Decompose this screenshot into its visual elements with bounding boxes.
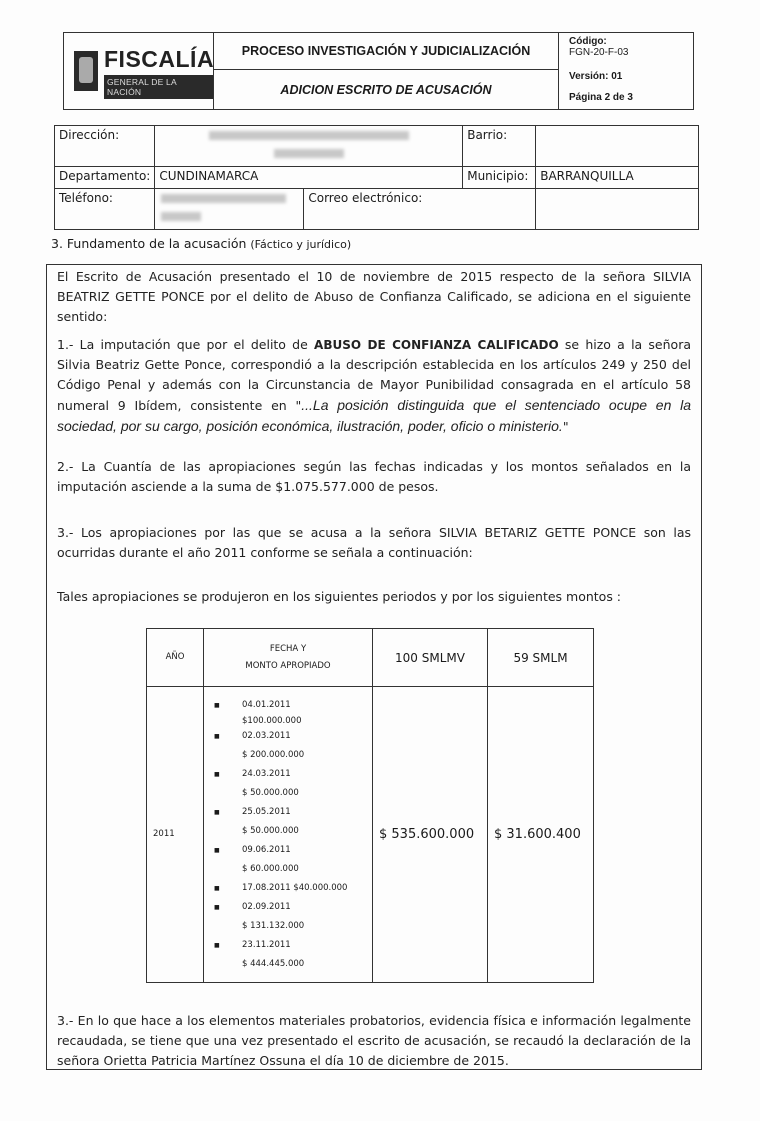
item-amount: $ 131.132.000: [242, 917, 372, 936]
telefono-label: Teléfono:: [55, 189, 155, 230]
page-number: Página 2 de 3: [569, 92, 633, 103]
direccion-label: Dirección:: [55, 126, 155, 167]
item-amount: $100.000.000: [242, 715, 372, 727]
process-title: PROCESO INVESTIGACIÓN Y JUDICIALIZACIÓN: [214, 33, 559, 70]
item-date: 24.03.2011: [242, 765, 372, 784]
paragraph-3: 3.- Los apropiaciones por las que se acu…: [57, 523, 691, 563]
logo-title: FISCALÍA: [104, 46, 214, 73]
item-date: 23.11.2011: [242, 936, 372, 955]
paragraph-2: 2.- La Cuantía de las apropiaciones segú…: [57, 457, 691, 497]
logo-subtitle: GENERAL DE LA NACIÓN: [104, 75, 213, 99]
item-amount: $ 50.000.000: [242, 784, 372, 803]
appropriation-item: 17.08.2011 $40.000.000: [214, 879, 372, 898]
document-header: FISCALÍA GENERAL DE LA NACIÓN PROCESO IN…: [63, 32, 694, 110]
item-date: 04.01.2011: [242, 696, 372, 715]
col-59-smlm: 59 SMLM: [488, 629, 594, 687]
appropriation-item: 24.03.2011$ 50.000.000: [214, 765, 372, 803]
year-cell: 2011: [147, 687, 204, 983]
value-59-smlm: $ 31.600.400: [488, 687, 594, 983]
item-amount: $ 60.000.000: [242, 860, 372, 879]
col-year: AÑO: [147, 629, 204, 687]
barrio-value: [536, 126, 699, 167]
item-date: 02.09.2011: [242, 898, 372, 917]
emblem-icon: [74, 51, 98, 91]
appropriation-item: 09.06.2011$ 60.000.000: [214, 841, 372, 879]
form-title: ADICION ESCRITO DE ACUSACIÓN: [214, 70, 559, 109]
col-date-amount: FECHA Y MONTO APROPIADO: [204, 629, 373, 687]
col-100-smlmv: 100 SMLMV: [373, 629, 488, 687]
direccion-value-redacted: [155, 126, 463, 167]
item-date: 02.03.2011: [242, 727, 372, 746]
item-amount: $ 50.000.000: [242, 822, 372, 841]
code-label: Código:: [569, 36, 607, 47]
fiscalia-logo: FISCALÍA GENERAL DE LA NACIÓN: [64, 33, 214, 109]
address-table: Dirección: Barrio: Departamento: CUNDINA…: [54, 125, 699, 230]
telefono-value-redacted: [155, 189, 304, 230]
item-date: 25.05.2011: [242, 803, 372, 822]
value-100-smlmv: $ 535.600.000: [373, 687, 488, 983]
paragraph-5: 3.- En lo que hace a los elementos mater…: [57, 1011, 691, 1071]
barrio-label: Barrio:: [463, 126, 536, 167]
date-amount-list: 04.01.2011$100.000.00002.03.2011$ 200.00…: [204, 687, 373, 983]
item-date: 09.06.2011: [242, 841, 372, 860]
correo-value: [536, 189, 699, 230]
code-value: FGN-20-F-03: [569, 47, 628, 58]
departamento-value: CUNDINAMARCA: [155, 167, 463, 189]
item-date: 17.08.2011 $40.000.000: [242, 879, 372, 898]
appropriation-item: 23.11.2011$ 444.445.000: [214, 936, 372, 974]
version: Versión: 01: [569, 71, 622, 82]
section-heading: 3. Fundamento de la acusación (Fáctico y…: [51, 236, 351, 251]
intro-paragraph: El Escrito de Acusación presentado el 10…: [57, 267, 691, 327]
municipio-label: Municipio:: [463, 167, 536, 189]
appropriations-table: AÑO FECHA Y MONTO APROPIADO 100 SMLMV 59…: [146, 628, 594, 983]
item-amount: $ 200.000.000: [242, 746, 372, 765]
appropriation-item: 02.03.2011$ 200.000.000: [214, 727, 372, 765]
appropriation-item: 25.05.2011$ 50.000.000: [214, 803, 372, 841]
municipio-value: BARRANQUILLA: [536, 167, 699, 189]
paragraph-1: 1.- La imputación que por el delito de A…: [57, 335, 691, 437]
departamento-label: Departamento:: [55, 167, 155, 189]
item-amount: $ 444.445.000: [242, 955, 372, 974]
appropriation-item: 02.09.2011$ 131.132.000: [214, 898, 372, 936]
form-meta: Código: FGN-20-F-03 Versión: 01 Página 2…: [559, 33, 693, 109]
correo-label: Correo electrónico:: [304, 189, 536, 230]
appropriation-item: 04.01.2011$100.000.000: [214, 696, 372, 727]
paragraph-4: Tales apropiaciones se produjeron en los…: [57, 587, 691, 607]
